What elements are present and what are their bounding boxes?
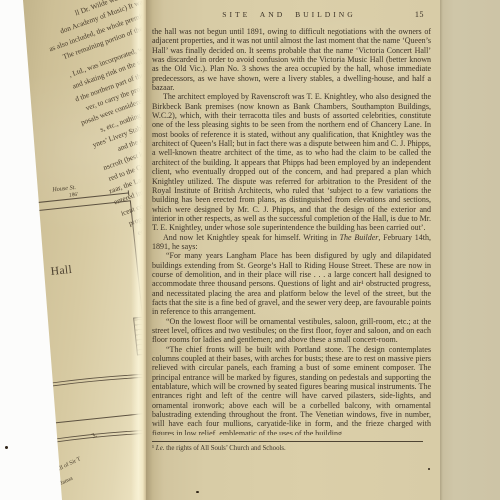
plan-dimension-value: 186': [69, 192, 79, 199]
paper-speck: [428, 468, 430, 470]
footnote-text: the rights of All Souls’ Church and Scho…: [164, 445, 285, 452]
paragraph: the hall was not begun until 1891, owing…: [152, 27, 431, 92]
paper-speck: [5, 446, 8, 449]
right-page: SITE AND BUILDING 15 the hall was not be…: [146, 0, 440, 500]
page-header: SITE AND BUILDING 15: [152, 10, 426, 22]
paragraph: And now let Knightley speak for himself.…: [152, 233, 431, 252]
plan-outline: [0, 200, 153, 430]
paragraph: The architect employed by Ravenscroft wa…: [152, 92, 431, 232]
quote-paragraph: “For many years Langham Place has been d…: [152, 251, 431, 316]
left-page: ll Dr. Wilde was Godfre don Academy of M…: [0, 0, 148, 500]
left-page-footnote: ry under the will of Sir T: [27, 456, 82, 487]
plan-hall-label: Hall: [50, 264, 73, 278]
page-number: 15: [415, 10, 424, 19]
paragraph-text: And now let Knightley speak for himself.…: [163, 233, 340, 242]
book-photo: ll Dr. Wilde was Godfre don Academy of M…: [0, 0, 500, 500]
footnote: ¹ I.e. the rights of All Souls’ Church a…: [152, 445, 431, 452]
quote-paragraph: “The chief fronts will be built with Por…: [152, 345, 431, 435]
footnote-rule: [152, 441, 423, 442]
page-block-edge: [440, 0, 500, 500]
left-page-footnote: y-one years from Janua: [22, 476, 73, 500]
body-text: the hall was not begun until 1891, owing…: [152, 27, 431, 435]
journal-title: The Builder: [340, 233, 379, 242]
floor-plan: House St. 186' Hall: [0, 176, 167, 456]
paper-speck: [196, 491, 199, 493]
running-head: SITE AND BUILDING: [152, 10, 426, 19]
quote-paragraph: “On the lowest floor will be ornamental …: [152, 317, 431, 345]
